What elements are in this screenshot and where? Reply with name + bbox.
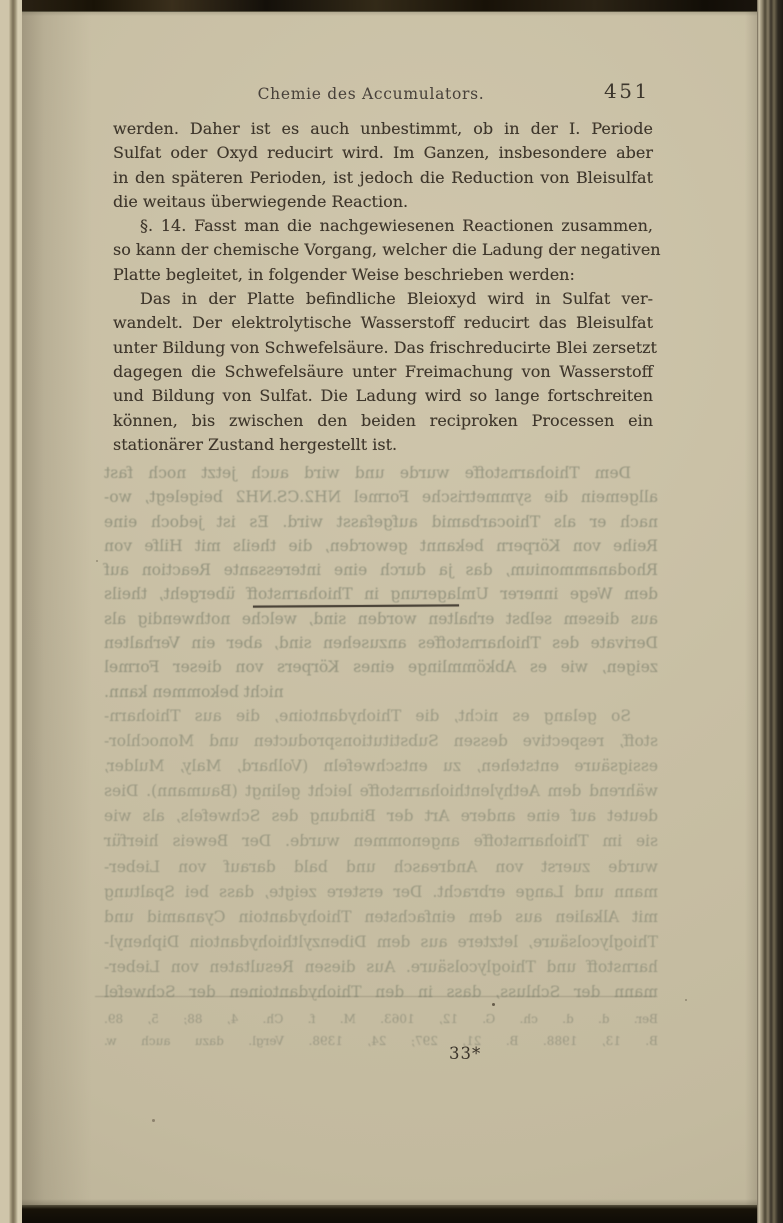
page-number: 451 — [604, 79, 650, 103]
bleedthrough-line: mit Alkalien aus dem einfachsten Thiohyd… — [104, 905, 658, 930]
bleedthrough-line: sie im Thioharnstoffe angenommen wurde. … — [104, 829, 658, 854]
bleedthrough-line: stoff, respective dessen Substitutionspr… — [104, 729, 658, 754]
ink-speck — [152, 1119, 155, 1122]
bleedthrough-line: wurde zuerst von Andreasch und bald dara… — [104, 855, 658, 880]
bleedthrough-line: mann der Schluss, dass in den Thiohydant… — [104, 980, 658, 1005]
bleedthrough-line: So gelang es nicht, die Thiohydantoine, … — [104, 704, 658, 729]
text-line: dagegen die Schwefelsäure unter Freimach… — [113, 360, 653, 384]
text-line: Platte begleitet, in folgender Weise bes… — [113, 263, 653, 287]
page-stack-right-edge — [757, 0, 783, 1223]
ink-speck — [685, 999, 687, 1001]
bleedthrough-line: dem Wege innerer Umlagerung in Thioharns… — [104, 582, 658, 606]
running-header-title: Chemie des Accumulators. — [115, 84, 627, 104]
bleedthrough-footnote-line: Ber. d. d. ch. G. 12, 1063. M. f. Ch. 4,… — [104, 1008, 658, 1030]
bleedthrough-line: zeigen, wie es Abkömmlinge eines Körpers… — [104, 655, 658, 679]
bleedthrough-footnote-block: Ber. d. d. ch. G. 12, 1063. M. f. Ch. 4,… — [104, 1008, 658, 1052]
bleedthrough-line: essigsäure entstehen, zu entschwefeln (V… — [104, 754, 658, 779]
bleedthrough-line: mann und Lange erbracht. Der erstere zei… — [104, 880, 658, 905]
text-line: können, bis zwischen den beiden reciprok… — [113, 409, 653, 433]
body-text: werden. Daher ist es auch unbestimmt, ob… — [113, 117, 653, 457]
text-line: wandelt. Der elektrolytische Wasserstoff… — [113, 311, 653, 335]
text-line: Das in der Platte befindliche Bleioxyd w… — [113, 287, 653, 311]
bleedthrough-line: aus diesem selbst erhalten worden sind, … — [104, 607, 658, 631]
bleedthrough-line: Derivate des Thioharnstoffes anzusehen s… — [104, 631, 658, 655]
text-line: unter Bildung von Schwefelsäure. Das fri… — [113, 336, 653, 360]
bleedthrough-line: nach er als Thiocarbamid aufgefasst wird… — [104, 510, 658, 534]
text-line: in den späteren Perioden, ist jedoch die… — [113, 166, 653, 190]
bleedthrough-line: Dem Thioharnstoffe wurde und wird auch j… — [104, 461, 658, 485]
text-line: die weitaus überwiegende Reaction. — [113, 190, 653, 214]
signature-mark: 33* — [449, 1044, 481, 1063]
text-line: Sulfat oder Oxyd reducirt wird. Im Ganze… — [113, 141, 653, 165]
ink-speck — [96, 560, 98, 562]
gutter-left-edge — [0, 0, 22, 1223]
bleedthrough-line: allgemein die symmetrische Formel NH2.CS… — [104, 485, 658, 509]
bleedthrough-line: Thioglycolsäure, letztere aus dem Dibenz… — [104, 930, 658, 955]
ink-speck — [492, 1003, 495, 1006]
bleedthrough-line: während dem Aethylenthioharnstoffe leich… — [104, 779, 658, 804]
bleedthrough-line: deutet auf eine andere Art der Bindung d… — [104, 804, 658, 829]
text-line: stationärer Zustand hergestellt ist. — [113, 433, 653, 457]
bleedthrough-block-2: So gelang es nicht, die Thiohydantoine, … — [104, 704, 658, 1005]
bleedthrough-footnote-rule — [95, 996, 655, 997]
bleedthrough-line: nicht bekommen kann. — [104, 680, 658, 704]
binding-bottom-edge — [0, 1205, 783, 1223]
binding-top-edge — [0, 0, 783, 12]
bleedthrough-block-1: Dem Thioharnstoffe wurde und wird auch j… — [104, 461, 658, 704]
bleedthrough-line: Reihe von Körpern bekannt geworden, die … — [104, 534, 658, 558]
bleedthrough-footnote-line: B. 13, 1988. B. 21, 297; 24, 1398. Vergl… — [104, 1030, 658, 1052]
bleedthrough-line: Rhodanammonium, das ja durch eine intere… — [104, 558, 658, 582]
text-line: so kann der chemische Vorgang, welcher d… — [113, 238, 653, 262]
scanned-book-page: Chemie des Accumulators. 451 werden. Dah… — [0, 0, 783, 1223]
text-line: §. 14. Fasst man die nachgewiesenen Reac… — [113, 214, 653, 238]
text-line: werden. Daher ist es auch unbestimmt, ob… — [113, 117, 653, 141]
text-line: und Bildung von Sulfat. Die Ladung wird … — [113, 384, 653, 408]
bleedthrough-line: harnstoff und Thioglycolsäure. Aus diese… — [104, 955, 658, 980]
